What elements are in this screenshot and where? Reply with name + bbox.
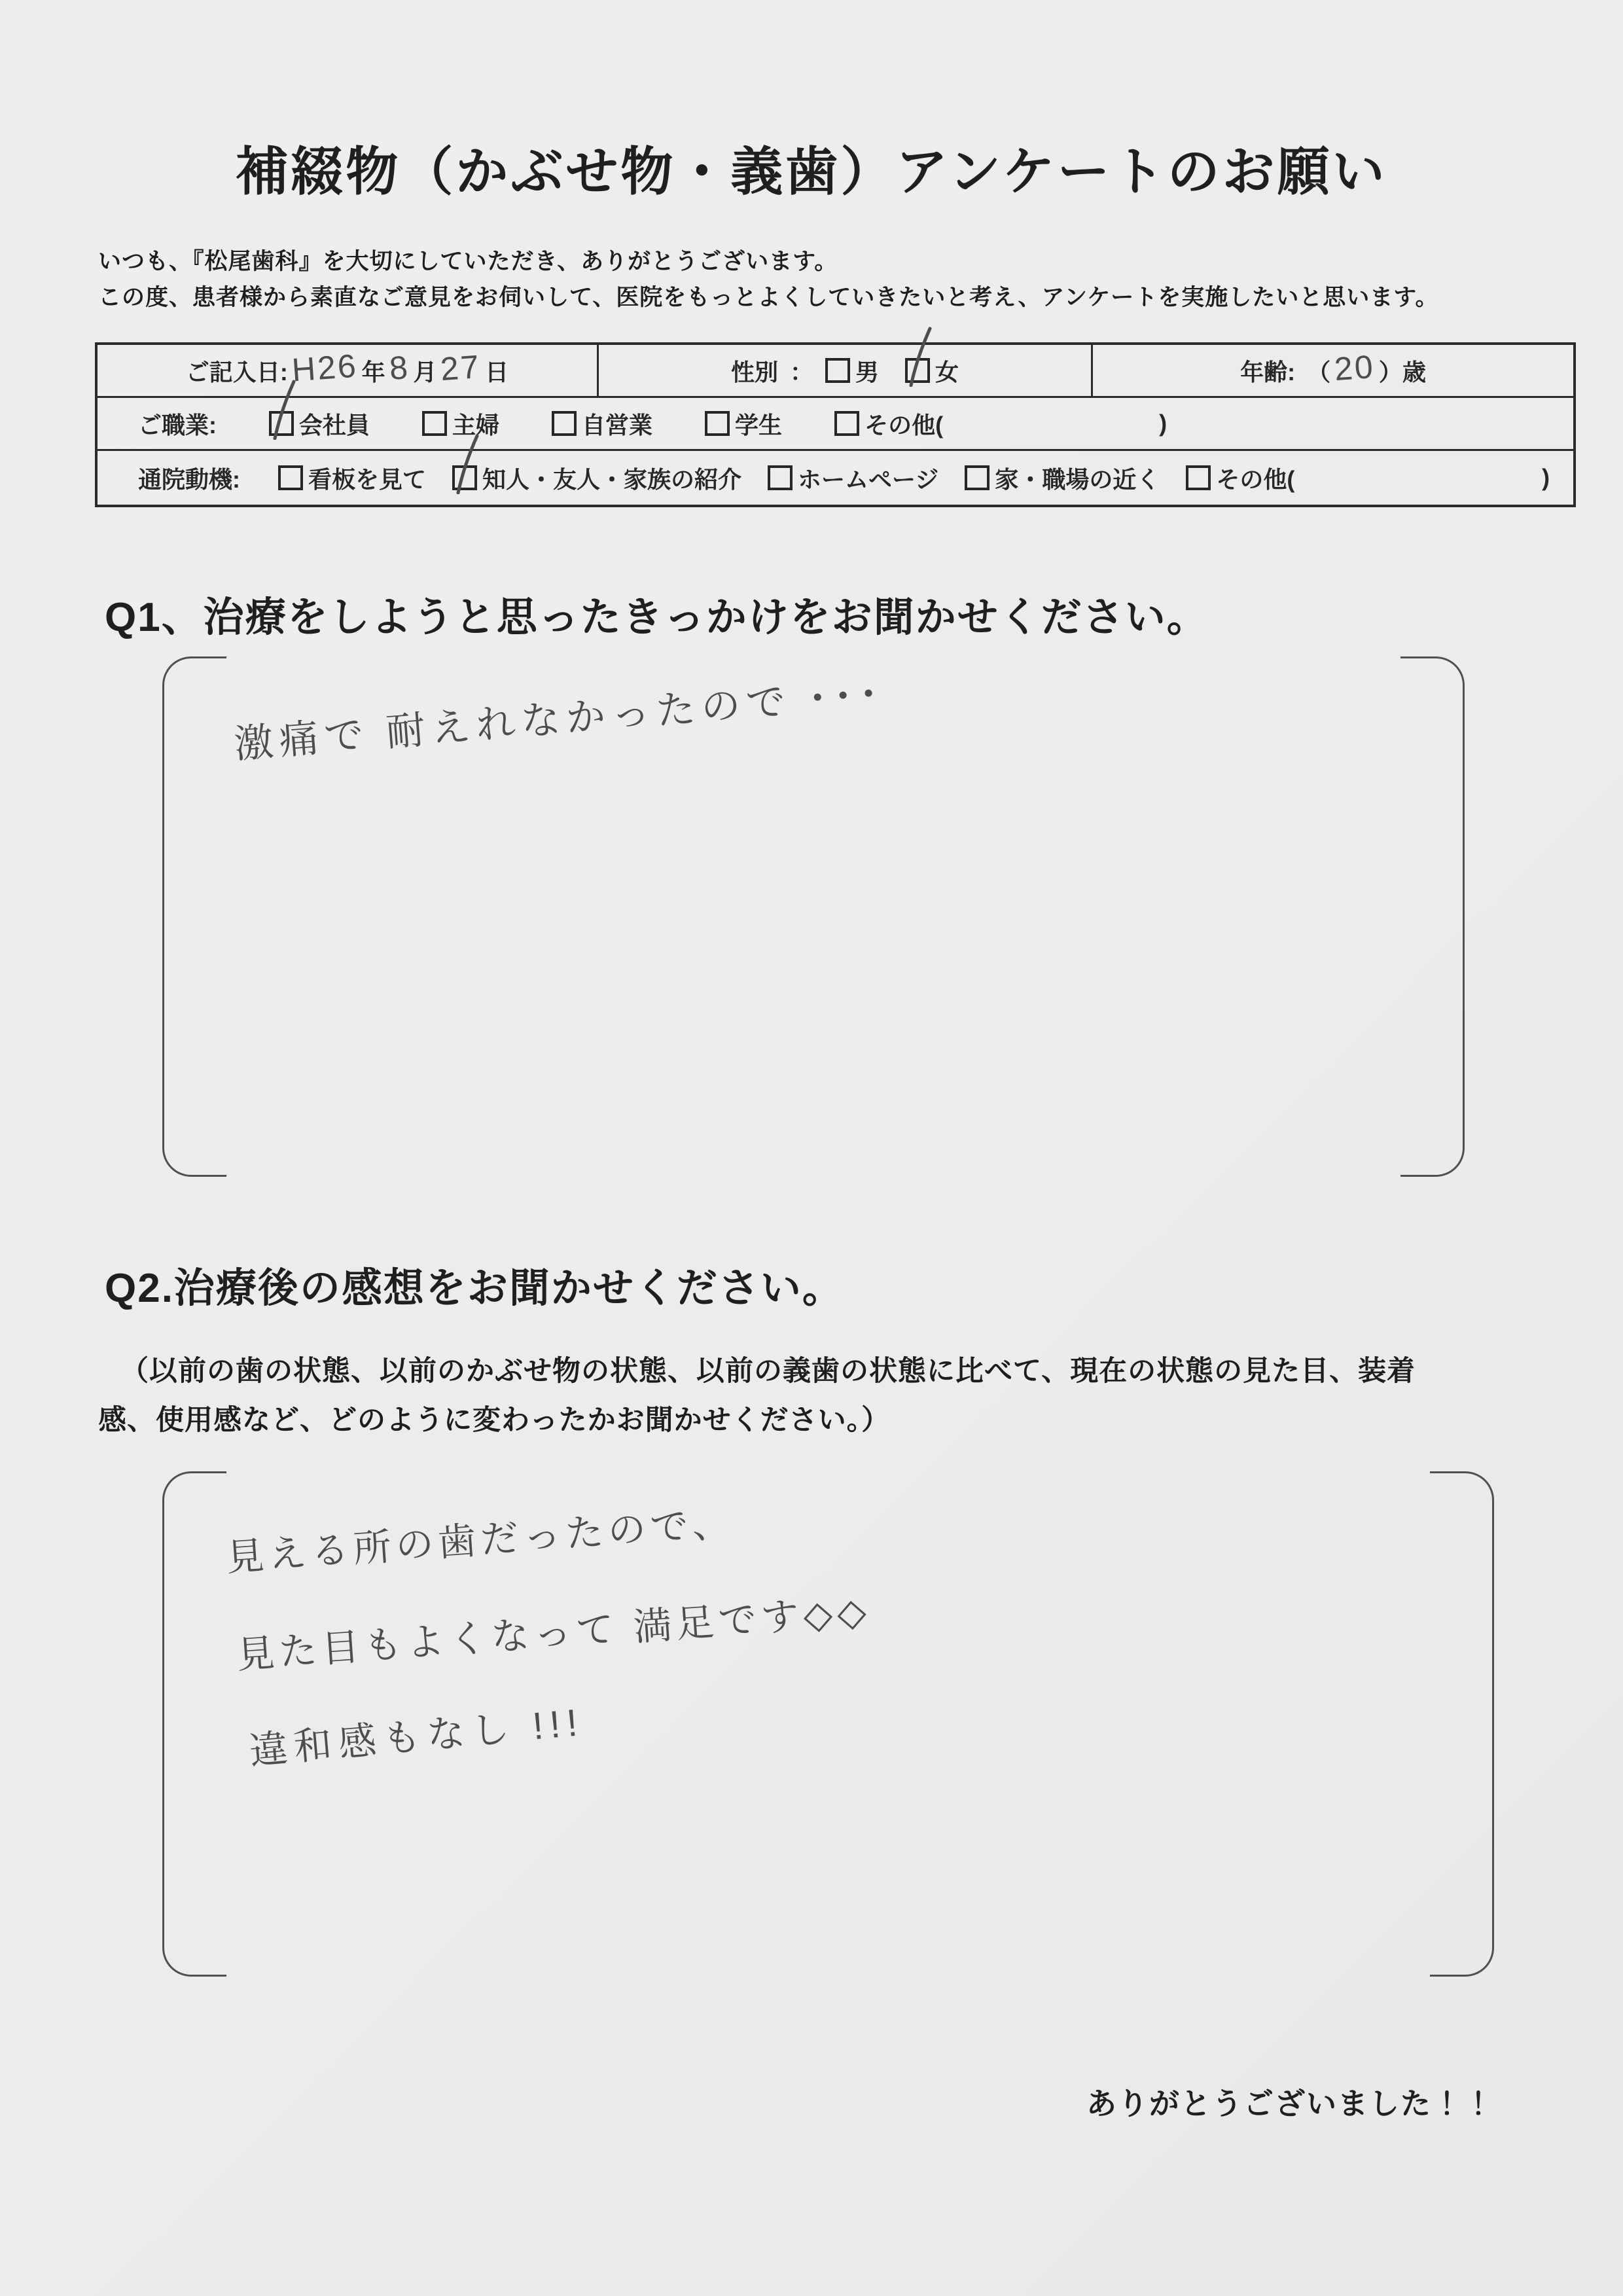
occupation-option-housewife: 主婦 bbox=[422, 407, 499, 440]
motive-option-referral: 知人・友人・家族の紹介 bbox=[452, 461, 741, 495]
q2-handwritten-answer-line-3: 違和感もなし !!! bbox=[247, 1691, 586, 1775]
date-day-handwritten: 27 bbox=[440, 348, 483, 388]
q1-heading: Q1、治療をしようと思ったきっかけをお聞かせください。 bbox=[105, 584, 1209, 643]
gender-colon: ： bbox=[790, 354, 813, 387]
scanned-survey-page: 補綴物（かぶせ物・義歯）アンケートのお願い いつも、『松尾歯科』を大切にしていた… bbox=[0, 0, 1623, 2296]
date-month-unit: 月 bbox=[413, 354, 437, 387]
date-month-handwritten: 8 bbox=[388, 348, 411, 387]
option-label: 自営業 bbox=[582, 407, 652, 440]
page-title: 補綴物（かぶせ物・義歯）アンケートのお願い bbox=[236, 130, 1387, 205]
q2-note-line-2: 感、使用感など、どのように変わったかお聞かせください。） bbox=[98, 1396, 1623, 1445]
date-cell: ご記入日: H26 年 8 月 27 日 bbox=[98, 345, 597, 396]
q2-handwritten-answer-line-1: 見える所の歯だったので、 bbox=[224, 1492, 736, 1582]
q1-handwritten-answer: 激痛で 耐えれなかったので ･･･ bbox=[232, 662, 886, 770]
gender-label: 性別 bbox=[731, 354, 778, 387]
checkbox-icon bbox=[965, 465, 990, 490]
date-day-unit: 日 bbox=[485, 354, 508, 387]
occupation-option-company-employee: 会社員 bbox=[269, 407, 370, 440]
occupation-label: ご職業: bbox=[138, 407, 217, 440]
age-value-handwritten: 20 bbox=[1333, 348, 1376, 388]
gender-option-male: 男 bbox=[825, 354, 879, 387]
table-row-date-gender-age: ご記入日: H26 年 8 月 27 日 性別 ： 男 bbox=[98, 345, 1573, 396]
checkbox-icon bbox=[278, 465, 303, 490]
visit-motive-label: 通院動機: bbox=[138, 461, 240, 495]
age-paren-close: ） bbox=[1379, 354, 1402, 387]
occupation-option-student: 学生 bbox=[705, 407, 782, 440]
checkbox-icon bbox=[705, 411, 730, 436]
age-cell: 年齢: （ 20 ） 歳 bbox=[1093, 345, 1573, 396]
option-label: 男 bbox=[855, 354, 879, 387]
q2-note: （以前の歯の状態、以前のかぶせ物の状態、以前の義歯の状態に比べて、現在の状態の見… bbox=[98, 1347, 1623, 1446]
left-bracket-line bbox=[162, 1471, 226, 1977]
intro-line-2: この度、患者様から素直なご意見をお伺いして、医院をもっとよくしていきたいと考え、… bbox=[98, 279, 1538, 315]
option-label: その他( bbox=[865, 407, 943, 440]
option-label: 家・職場の近く bbox=[995, 461, 1160, 495]
motive-option-other: その他( bbox=[1186, 461, 1294, 495]
option-label: 女 bbox=[935, 354, 959, 387]
checkbox-icon bbox=[552, 411, 577, 436]
occupation-option-self-employed: 自営業 bbox=[552, 407, 652, 440]
intro-line-1: いつも、『松尾歯科』を大切にしていただき、ありがとうございます。 bbox=[98, 243, 1538, 279]
option-label: 会社員 bbox=[299, 407, 370, 440]
right-bracket-line bbox=[1430, 1471, 1494, 1977]
option-label: 主婦 bbox=[452, 407, 499, 440]
motive-option-signboard: 看板を見て bbox=[278, 461, 426, 495]
option-label: その他( bbox=[1216, 461, 1294, 495]
q2-heading: Q2.治療後の感想をお聞かせください。 bbox=[105, 1255, 844, 1314]
checkbox-icon bbox=[834, 411, 859, 436]
date-year-unit: 年 bbox=[362, 354, 385, 387]
option-label: 看板を見て bbox=[308, 461, 426, 495]
option-label: 学生 bbox=[735, 407, 782, 440]
gender-option-female: 女 bbox=[905, 354, 959, 387]
checkbox-icon bbox=[452, 465, 477, 490]
age-label: 年齢: bbox=[1240, 354, 1295, 387]
date-label: ご記入日: bbox=[186, 354, 288, 387]
checkbox-icon bbox=[905, 358, 930, 383]
occupation-other-close-paren: ) bbox=[1159, 410, 1167, 437]
date-year-handwritten: H26 bbox=[291, 347, 359, 389]
checkbox-icon bbox=[768, 465, 793, 490]
motive-option-near-home-work: 家・職場の近く bbox=[965, 461, 1160, 495]
intro-paragraph: いつも、『松尾歯科』を大切にしていただき、ありがとうございます。 この度、患者様… bbox=[98, 243, 1538, 316]
checkbox-icon bbox=[422, 411, 447, 436]
left-bracket-line bbox=[162, 656, 226, 1177]
gender-cell: 性別 ： 男 女 bbox=[597, 345, 1093, 396]
table-row-visit-motive: 通院動機: 看板を見て 知人・友人・家族の紹介 ホームページ 家・職場 bbox=[98, 449, 1573, 505]
handwritten-check-icon bbox=[905, 327, 934, 387]
thanks-message: ありがとうございました！！ bbox=[1086, 2080, 1495, 2123]
q2-handwritten-answer-line-2: 見た目もよくなって 満足です◇◇ bbox=[234, 1580, 872, 1679]
option-label: ホームページ bbox=[798, 461, 938, 495]
age-unit: 歳 bbox=[1402, 354, 1426, 387]
respondent-info-table: ご記入日: H26 年 8 月 27 日 性別 ： 男 bbox=[95, 342, 1576, 507]
option-label: 知人・友人・家族の紹介 bbox=[482, 461, 741, 495]
checkbox-icon bbox=[1186, 465, 1211, 490]
q1-answer-area: 激痛で 耐えれなかったので ･･･ bbox=[162, 656, 1465, 1177]
age-paren-open: （ bbox=[1307, 354, 1330, 387]
q2-note-line-1: （以前の歯の状態、以前のかぶせ物の状態、以前の義歯の状態に比べて、現在の状態の見… bbox=[98, 1347, 1623, 1396]
q2-answer-area: 見える所の歯だったので、 見た目もよくなって 満足です◇◇ 違和感もなし !!! bbox=[162, 1471, 1494, 1977]
right-bracket-line bbox=[1400, 656, 1465, 1177]
motive-other-close-paren: ) bbox=[1542, 464, 1550, 492]
checkbox-icon bbox=[269, 411, 294, 436]
checkbox-icon bbox=[825, 358, 850, 383]
occupation-option-other: その他( bbox=[834, 407, 943, 440]
motive-option-homepage: ホームページ bbox=[768, 461, 938, 495]
table-row-occupation: ご職業: 会社員 主婦 自営業 学生 bbox=[98, 396, 1573, 449]
